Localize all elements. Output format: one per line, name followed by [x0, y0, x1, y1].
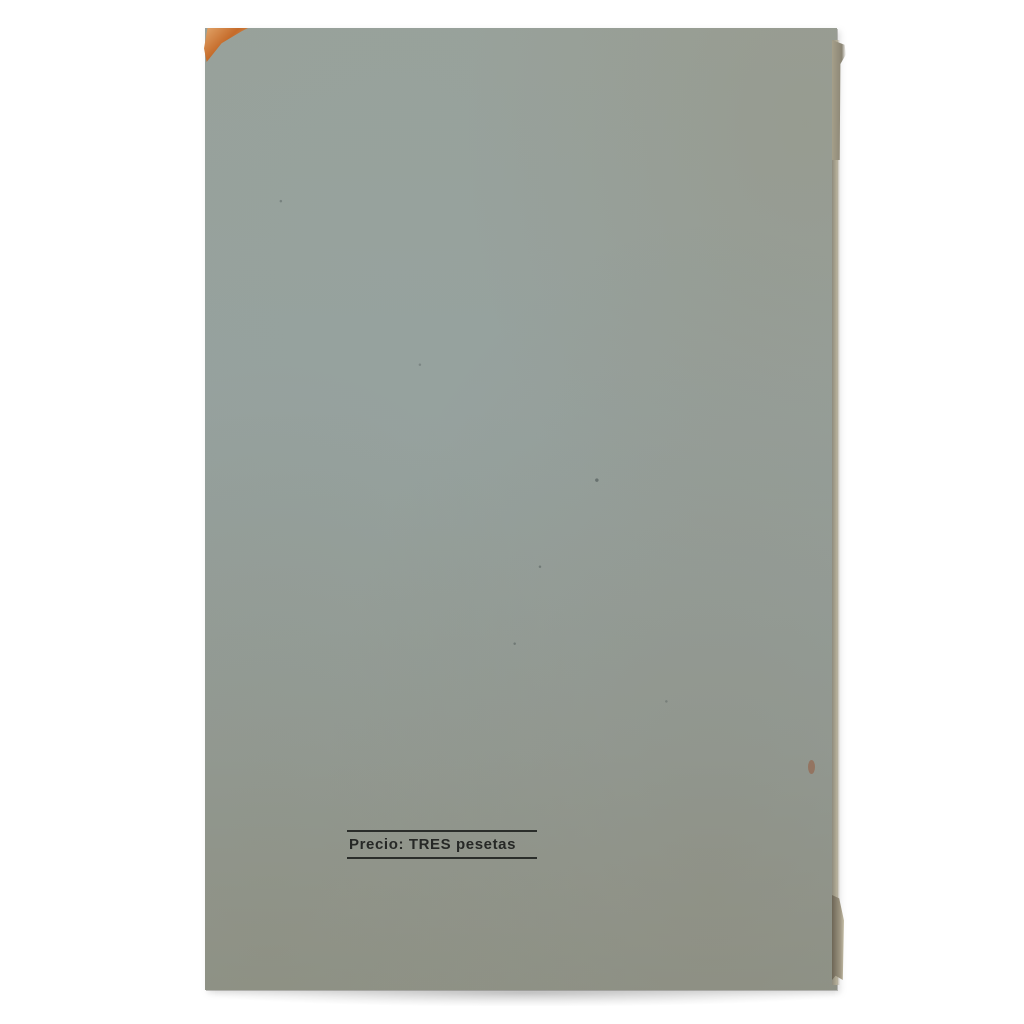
torn-edge-bottom-right	[832, 895, 844, 980]
photo-scene: Precio: TRES pesetas	[0, 0, 1024, 1024]
price-rule-bottom	[347, 857, 537, 859]
price-text: Precio: TRES pesetas	[347, 832, 537, 857]
stain-mark	[808, 760, 815, 774]
book-right-edge	[832, 40, 840, 985]
torn-edge-top-right	[832, 40, 846, 160]
price-label: Precio: TRES pesetas	[347, 830, 537, 859]
